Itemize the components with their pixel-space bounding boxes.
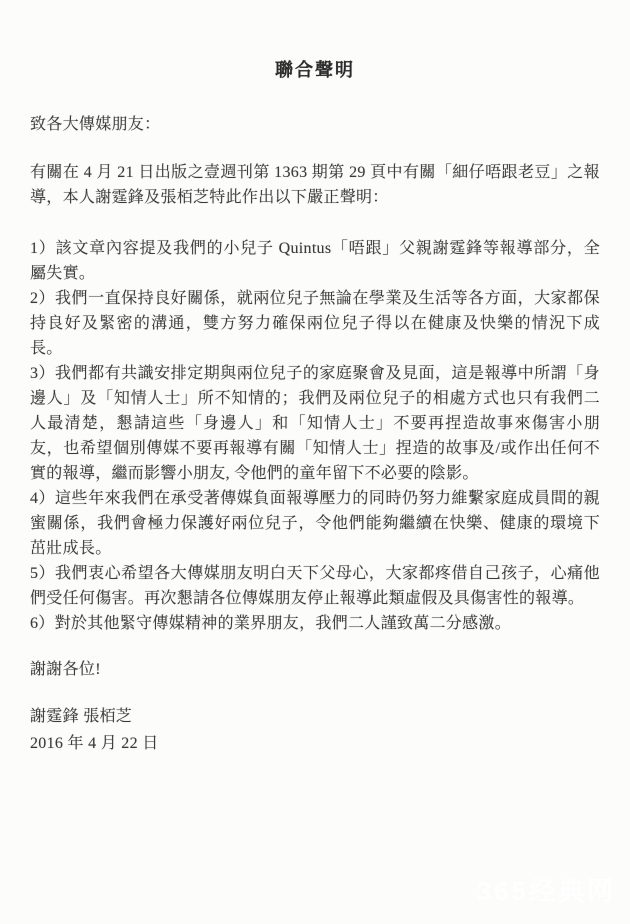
site-watermark: 365经典网 (477, 871, 616, 908)
intro-paragraph: 有關在 4 月 21 日出版之壹週刊第 1363 期第 29 頁中有關「細仔唔跟… (30, 160, 600, 210)
document-title: 聯合聲明 (30, 58, 600, 83)
statement-page: 聯合聲明 致各大傳媒朋友： 有關在 4 月 21 日出版之壹週刊第 1363 期… (0, 0, 630, 924)
signature-names: 謝霆鋒 張栢芝 (30, 703, 600, 730)
statement-item-2: 2）我們一直保持良好關係，就兩位兒子無論在學業及生活等各方面，大家都保持良好及緊… (30, 286, 600, 361)
statement-item-5: 5）我們衷心希望各大傳媒朋友明白天下父母心，大家都疼借自己孩子，心痛他們受任何傷… (30, 561, 600, 611)
closing-line: 謝謝各位! (30, 657, 600, 682)
signature-block: 謝霆鋒 張栢芝 2016 年 4 月 22 日 (30, 703, 600, 757)
statement-item-3: 3）我們都有共識安排定期與兩位兒子的家庭聚會及見面，這是報導中所謂「身邊人」及「… (30, 361, 600, 486)
statement-item-1: 1）該文章內容提及我們的小兒子 Quintus「唔跟」父親謝霆鋒等報導部分，全屬… (30, 236, 600, 286)
statement-item-4: 4）這些年來我們在承受著傳媒負面報導壓力的同時仍努力維繫家庭成員間的親蜜關係，我… (30, 486, 600, 561)
statement-items: 1）該文章內容提及我們的小兒子 Quintus「唔跟」父親謝霆鋒等報導部分，全屬… (30, 236, 600, 636)
statement-item-6: 6）對於其他緊守傳媒精神的業界朋友，我們二人謹致萬二分感激。 (30, 611, 600, 636)
salutation-line: 致各大傳媒朋友： (30, 112, 600, 137)
signature-date: 2016 年 4 月 22 日 (30, 730, 600, 757)
